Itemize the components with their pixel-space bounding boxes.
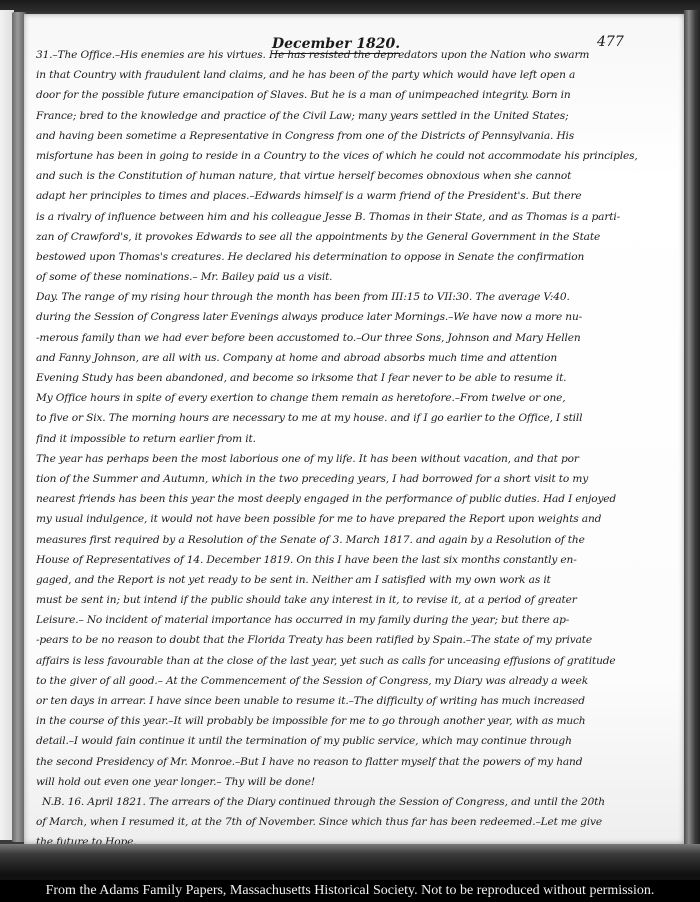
text-line: to the giver of all good.– At the Commen… <box>36 671 676 691</box>
manuscript-page: December 1820. 477 31.–The Office.–His e… <box>24 14 684 844</box>
text-line: nearest friends has been this year the m… <box>36 489 676 509</box>
text-line: will hold out even one year longer.– Thy… <box>36 772 676 792</box>
text-line: of March, when I resumed it, at the 7th … <box>36 812 676 832</box>
text-line: misfortune has been in going to reside i… <box>36 146 676 166</box>
text-line: in that Country with fraudulent land cla… <box>36 65 676 85</box>
page-bottom-edge <box>0 844 700 880</box>
text-line: must be sent in; but intend if the publi… <box>36 590 676 610</box>
text-line: tion of the Summer and Autumn, which in … <box>36 469 676 489</box>
text-line: House of Representatives of 14. December… <box>36 550 676 570</box>
text-line: is a rivalry of influence between him an… <box>36 207 676 227</box>
text-line: detail.–I would fain continue it until t… <box>36 731 676 751</box>
text-line: France; bred to the knowledge and practi… <box>36 106 676 126</box>
diary-entry-text: 31.–The Office.–His enemies are his virt… <box>36 45 676 853</box>
right-page-edge <box>684 10 700 850</box>
text-line: affairs is less favourable than at the c… <box>36 651 676 671</box>
text-line: door for the possible future emancipatio… <box>36 85 676 105</box>
text-line: during the Session of Congress later Eve… <box>36 307 676 327</box>
text-line: my usual indulgence, it would not have b… <box>36 509 676 529</box>
text-line: find it impossible to return earlier fro… <box>36 429 676 449</box>
text-line: the second Presidency of Mr. Monroe.–But… <box>36 752 676 772</box>
text-line: and having been sometime a Representativ… <box>36 126 676 146</box>
text-line: to five or Six. The morning hours are ne… <box>36 408 676 428</box>
text-line: adapt her principles to times and places… <box>36 186 676 206</box>
text-line-day-heading: Day. The range of my rising hour through… <box>36 287 676 307</box>
text-line-nota-bene: N.B. 16. April 1821. The arrears of the … <box>36 792 676 812</box>
text-line: or ten days in arrear. I have since been… <box>36 691 676 711</box>
text-line: Evening Study has been abandoned, and be… <box>36 368 676 388</box>
text-line: bestowed upon Thomas's creatures. He dec… <box>36 247 676 267</box>
text-line: gaged, and the Report is not yet ready t… <box>36 570 676 590</box>
text-line: -pears to be no reason to doubt that the… <box>36 630 676 650</box>
text-line: My Office hours in spite of every exerti… <box>36 388 676 408</box>
text-line: Leisure.– No incident of material import… <box>36 610 676 630</box>
text-line: zan of Crawford's, it provokes Edwards t… <box>36 227 676 247</box>
text-line: -merous family than we had ever before b… <box>36 328 676 348</box>
text-line: and Fanny Johnson, are all with us. Comp… <box>36 348 676 368</box>
text-line: and such is the Constitution of human na… <box>36 166 676 186</box>
text-line: of some of these nominations.– Mr. Baile… <box>36 267 676 287</box>
text-line: in the course of this year.–It will prob… <box>36 711 676 731</box>
text-line: measures first required by a Resolution … <box>36 530 676 550</box>
text-line: The year has perhaps been the most labor… <box>36 449 676 469</box>
text-line: 31.–The Office.–His enemies are his virt… <box>36 45 676 65</box>
copyright-caption: From the Adams Family Papers, Massachuse… <box>0 880 700 902</box>
